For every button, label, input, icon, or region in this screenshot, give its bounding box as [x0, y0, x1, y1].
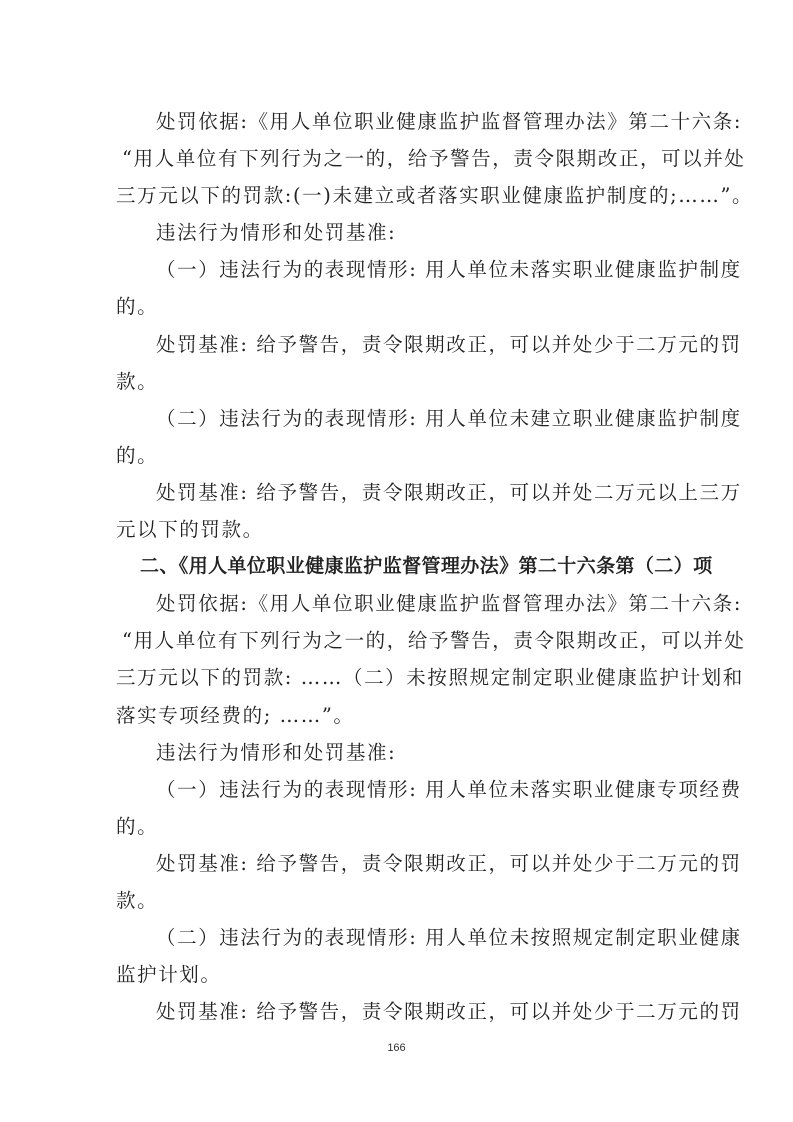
paragraph-line: 三万元以下的罚款:(一)未建立或者落实职业健康监护制度的;……”。 [116, 177, 679, 214]
paragraph-line: 处罚依据:《用人单位职业健康监护监督管理办法》第二十六条: [116, 585, 679, 622]
paragraph-line: 的。 [116, 437, 679, 474]
document-page-body: 处罚依据:《用人单位职业健康监护监督管理办法》第二十六条: “用人单位有下列行为… [116, 103, 679, 1030]
paragraph-line: 落实专项经费的; ……”。 [116, 697, 679, 734]
paragraph-line: 的。 [116, 808, 679, 845]
paragraph-line: （二）违法行为的表现情形: 用人单位未按照规定制定职业健康 [116, 919, 679, 956]
paragraph-line: 的。 [116, 288, 679, 325]
paragraph-line: （二）违法行为的表现情形: 用人单位未建立职业健康监护制度 [116, 400, 679, 437]
paragraph-line: 三万元以下的罚款: ……（二）未按照规定制定职业健康监护计划和 [116, 659, 679, 696]
paragraph-line: 处罚依据:《用人单位职业健康监护监督管理办法》第二十六条: [116, 103, 679, 140]
paragraph-line: 处罚基准: 给予警告，责令限期改正，可以并处少于二万元的罚 [116, 326, 679, 363]
page-number: 166 [0, 1042, 793, 1054]
paragraph-line: 处罚基准: 给予警告，责令限期改正，可以并处少于二万元的罚 [116, 993, 679, 1030]
paragraph-line: 款。 [116, 363, 679, 400]
paragraph-line: （一）违法行为的表现情形: 用人单位未落实职业健康监护制度 [116, 251, 679, 288]
paragraph-line: （一）违法行为的表现情形: 用人单位未落实职业健康专项经费 [116, 771, 679, 808]
paragraph-line: 监护计划。 [116, 956, 679, 993]
paragraph-line: “用人单位有下列行为之一的，给予警告，责令限期改正，可以并处 [116, 622, 679, 659]
section-heading: 二、《用人单位职业健康监护监督管理办法》第二十六条第（二）项 [116, 548, 679, 585]
paragraph-line: “用人单位有下列行为之一的，给予警告，责令限期改正，可以并处 [116, 140, 679, 177]
paragraph-line: 违法行为情形和处罚基准: [116, 214, 679, 251]
paragraph-line: 元以下的罚款。 [116, 511, 679, 548]
paragraph-line: 违法行为情形和处罚基准: [116, 734, 679, 771]
paragraph-line: 款。 [116, 882, 679, 919]
paragraph-line: 处罚基准: 给予警告，责令限期改正，可以并处二万元以上三万 [116, 474, 679, 511]
paragraph-line: 处罚基准: 给予警告，责令限期改正，可以并处少于二万元的罚 [116, 845, 679, 882]
